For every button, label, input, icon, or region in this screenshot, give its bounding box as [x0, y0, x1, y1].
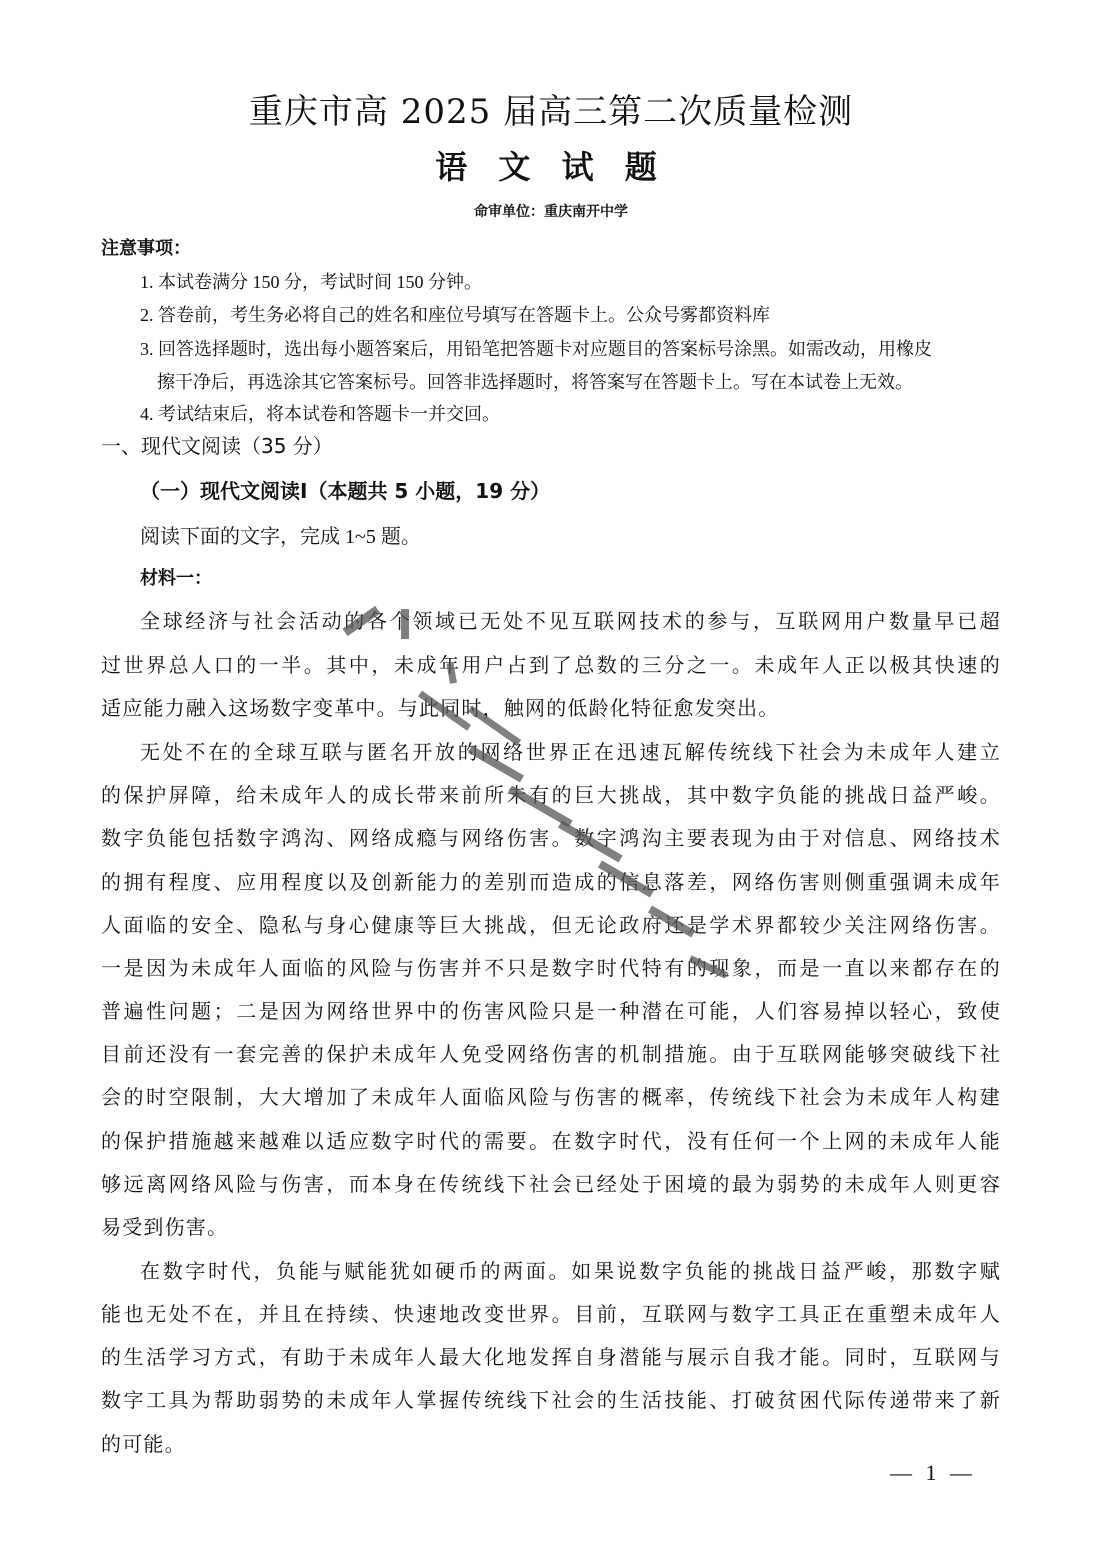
- passage-line: 的可能。: [101, 1428, 1001, 1457]
- passage-line: 一是因为未成年人面临的风险与伤害并不只是数字时代特有的现象，而是一直以来都存在的: [101, 952, 1001, 981]
- exam-title: 重庆市高 2025 届高三第二次质量检测: [0, 84, 1102, 133]
- reading-instruction: 阅读下面的文字，完成 1~5 题。: [140, 520, 421, 549]
- notice-item: 4. 考试结束后，将本试卷和答题卡一并交回。: [140, 400, 500, 426]
- passage-line: 数字工具为帮助弱势的未成年人掌握传统线下社会的生活技能、打破贫困代际传递带来了新: [101, 1384, 1001, 1413]
- passage-line: 的保护屏障，给未成年人的成长带来前所未有的巨大挑战，其中数字负能的挑战日益严峻。: [101, 779, 1001, 808]
- notice-item-continued: 擦干净后，再选涂其它答案标号。回答非选择题时，将答案写在答题卡上。写在本试卷上无…: [157, 368, 913, 394]
- passage-line: 过世界总人口的一半。其中，未成年用户占到了总数的三分之一。未成年人正以极其快速的: [101, 649, 1001, 678]
- passage-line: 的拥有程度、应用程度以及创新能力的差别而造成的信息落差，网络伤害则侧重强调未成年: [101, 866, 1001, 895]
- passage-line: 数字负能包括数字鸿沟、网络成瘾与网络伤害。数字鸿沟主要表现为由于对信息、网络技术: [101, 822, 1001, 851]
- passage-line: 普遍性问题；二是因为网络世界中的伤害风险只是一种潜在可能，人们容易掉以轻心，致使: [101, 995, 1001, 1024]
- notice-item: 1. 本试卷满分 150 分，考试时间 150 分钟。: [140, 268, 482, 294]
- passage-line: 目前还没有一套完善的保护未成年人免受网络伤害的机制措施。由于互联网能够突破线下社: [101, 1038, 1001, 1067]
- passage-line: 无处不在的全球互联与匿名开放的网络世界正在迅速瓦解传统线下社会为未成年人建立: [140, 736, 1001, 765]
- passage-line: 人面临的安全、隐私与身心健康等巨大挑战，但无论政府还是学术界都较少关注网络伤害。: [101, 909, 1001, 938]
- passage-line: 够远离网络风险与伤害，而本身在传统线下社会已经处于困境的最为弱势的未成年人则更容: [101, 1168, 1001, 1197]
- passage-line: 适应能力融入这场数字变革中。与此同时，触网的低龄化特征愈发突出。: [101, 692, 1001, 721]
- section-title: 一、现代文阅读（35 分）: [101, 430, 333, 459]
- passage-line: 会的时空限制，大大增加了未成年人面临风险与伤害的概率，传统线下社会为未成年人构建: [101, 1081, 1001, 1110]
- notice-heading: 注意事项：: [101, 234, 191, 260]
- passage-line: 能也无处不在，并且在持续、快速地改变世界。目前，互联网与数字工具正在重塑未成年人: [101, 1298, 1001, 1327]
- exam-page: 重庆市高 2025 届高三第二次质量检测 语 文 试 题 命审单位：重庆南开中学…: [0, 0, 1102, 1557]
- page-number: — 1 —: [890, 1460, 976, 1486]
- passage-line: 的保护措施越来越难以适应数字时代的需要。在数字时代，没有任何一个上网的未成年人能: [101, 1125, 1001, 1154]
- passage-line: 的生活学习方式，有助于未成年人最大化地发挥自身潜能与展示自我才能。同时，互联网与: [101, 1341, 1001, 1370]
- notice-item: 2. 答卷前，考生务必将自己的姓名和座位号填写在答题卡上。公众号雾都资料库: [140, 301, 770, 327]
- subsection-title: （一）现代文阅读Ⅰ（本题共 5 小题，19 分）: [140, 475, 550, 504]
- exam-subject: 语 文 试 题: [0, 142, 1102, 188]
- passage-line: 易受到伤害。: [101, 1211, 1001, 1240]
- material-label: 材料一：: [140, 564, 212, 590]
- notice-item: 3. 回答选择题时，选出每小题答案后，用铅笔把答题卡对应题目的答案标号涂黑。如需…: [140, 335, 932, 361]
- passage-line: 全球经济与社会活动的各个领域已无处不见互联网技术的参与，互联网用户数量早已超: [140, 605, 1001, 634]
- authoring-unit: 命审单位：重庆南开中学: [0, 201, 1102, 221]
- passage-line: 在数字时代，负能与赋能犹如硬币的两面。如果说数字负能的挑战日益严峻，那数字赋: [140, 1255, 1001, 1284]
